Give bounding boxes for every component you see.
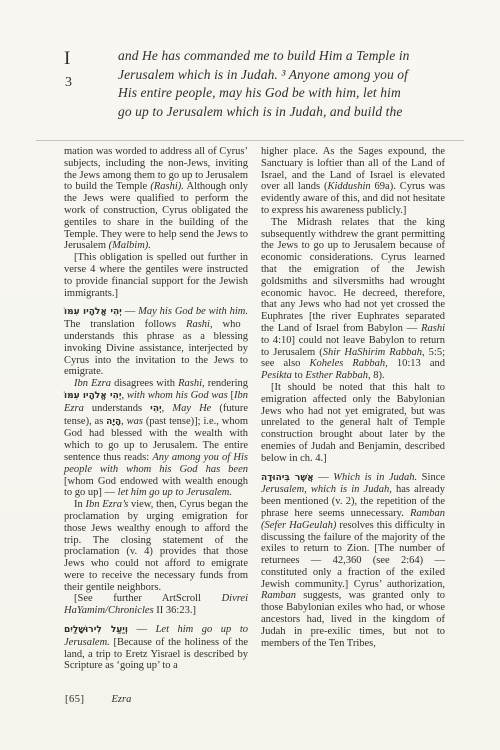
text-run: Kiddushin <box>327 181 370 192</box>
text-run: Pesikta <box>261 370 292 381</box>
book-title: Ezra <box>112 694 132 705</box>
text-run: , <box>162 403 173 414</box>
text-run: let him go up to Jerusalem. <box>118 487 232 498</box>
verse-translation: and He has commanded me to build Him a T… <box>118 47 444 121</box>
verse-line: go up to Jerusalem which is in Judah, an… <box>118 103 444 122</box>
text-run: to <box>292 370 305 381</box>
page-number: [65] <box>65 694 85 705</box>
text-run: Esther Rabbah, <box>305 370 370 381</box>
text-run: Rashi, <box>186 319 213 330</box>
verse-line: His entire people, may his God be with h… <box>118 84 444 103</box>
text-run: The Midrash relates that the king subseq… <box>261 217 445 334</box>
hebrew-phrase: יְהִי אֱלֹהָיו עִמּוֹ <box>64 307 122 317</box>
text-run: [See further ArtScroll <box>74 593 222 604</box>
text-run: with whom his God was <box>127 390 228 401</box>
hebrew-phrase: יְהִי אֱלֹהָיו עִמּוֹ <box>64 391 122 401</box>
hebrew-phrase: וְיַעַל לִירוּשָׁלַיִם <box>64 625 128 635</box>
commentary-paragraph: [This obligation is spelled out further … <box>64 252 248 299</box>
commentary-paragraph: In Ibn Ezra’s view, then, Cyrus began th… <box>64 499 248 593</box>
text-run: Rashi, <box>178 378 205 389</box>
text-run: — <box>128 624 156 635</box>
text-run: Ramban <box>261 590 296 601</box>
text-run: Jerusalem, which is in Judah, <box>261 484 392 495</box>
text-run: 10:13 and <box>388 358 445 369</box>
verse-header: I 3 and He has commanded me to build Him… <box>64 47 444 121</box>
text-run: was <box>127 416 143 427</box>
hebrew-phrase: הָיָה <box>106 417 121 427</box>
chapter-verse-marker: I 3 <box>64 47 118 121</box>
hebrew-phrase: יְהִי <box>150 404 161 414</box>
text-run: Since <box>417 472 445 483</box>
commentary-paragraph: [It should be noted that this halt to em… <box>261 382 445 465</box>
verse-line: Jerusalem which is in Judah. ³ Anyone am… <box>118 66 444 85</box>
commentary-paragraph: Ibn Ezra disagrees with Rashi, rendering… <box>64 378 248 499</box>
text-run: [This obligation is spelled out further … <box>64 252 248 298</box>
text-run: rendering <box>205 378 248 389</box>
commentary-paragraph: higher place. As the Sages expound, the … <box>261 146 445 217</box>
text-run: Rashi <box>421 323 445 334</box>
commentary-columns: mation was worded to address all of Cyru… <box>64 146 445 672</box>
text-run: (Rashi). <box>150 181 184 192</box>
text-run: understands <box>84 403 150 414</box>
text-run: May his God be with him. <box>138 306 248 317</box>
commentary-right-column: higher place. As the Sages expound, the … <box>261 146 445 672</box>
text-run: Ibn Ezra <box>74 378 111 389</box>
text-run: In <box>74 499 85 510</box>
commentary-left-column: mation was worded to address all of Cyru… <box>64 146 248 672</box>
verse-number: 3 <box>65 75 118 91</box>
text-run: (Malbim). <box>109 240 151 251</box>
hebrew-phrase: אֲשֶׁר בִּיהוּדָה <box>261 473 314 483</box>
commentary-paragraph: אֲשֶׁר בִּיהוּדָה — Which is in Judah. S… <box>261 472 445 650</box>
text-run: [It should be noted that this halt to em… <box>261 382 445 464</box>
commentary-paragraph: וְיַעַל לִירוּשָׁלַיִם — Let him go up t… <box>64 624 248 672</box>
commentary-paragraph: mation was worded to address all of Cyru… <box>64 146 248 252</box>
text-run: The translation follows <box>64 319 186 330</box>
text-run: II 36:23.] <box>154 605 196 616</box>
book-page: I 3 and He has commanded me to build Him… <box>0 0 500 750</box>
verse-line: and He has commanded me to build Him a T… <box>118 47 444 66</box>
page-footer: [65]Ezra <box>65 693 131 706</box>
text-run: Ibn Ezra’s <box>85 499 128 510</box>
text-run: Shir HaShirim Rabbah, <box>323 347 425 358</box>
section-divider <box>36 140 464 141</box>
text-run: May He <box>172 403 211 414</box>
commentary-paragraph: [See further ArtScroll Divrei HaYamim/Ch… <box>64 593 248 617</box>
commentary-paragraph: יְהִי אֱלֹהָיו עִמּוֹ — May his God be w… <box>64 306 248 378</box>
chapter-numeral: I <box>64 49 118 69</box>
commentary-paragraph: The Midrash relates that the king subseq… <box>261 217 445 382</box>
text-run: — <box>122 306 138 317</box>
text-run: disagrees with <box>111 378 178 389</box>
text-run: Which is in Judah. <box>333 472 417 483</box>
text-run: — <box>314 472 334 483</box>
text-run: view, then, Cyrus began the proclamation… <box>64 499 248 593</box>
text-run: Koheles Rabbah, <box>310 358 388 369</box>
text-run: 8). <box>371 370 385 381</box>
